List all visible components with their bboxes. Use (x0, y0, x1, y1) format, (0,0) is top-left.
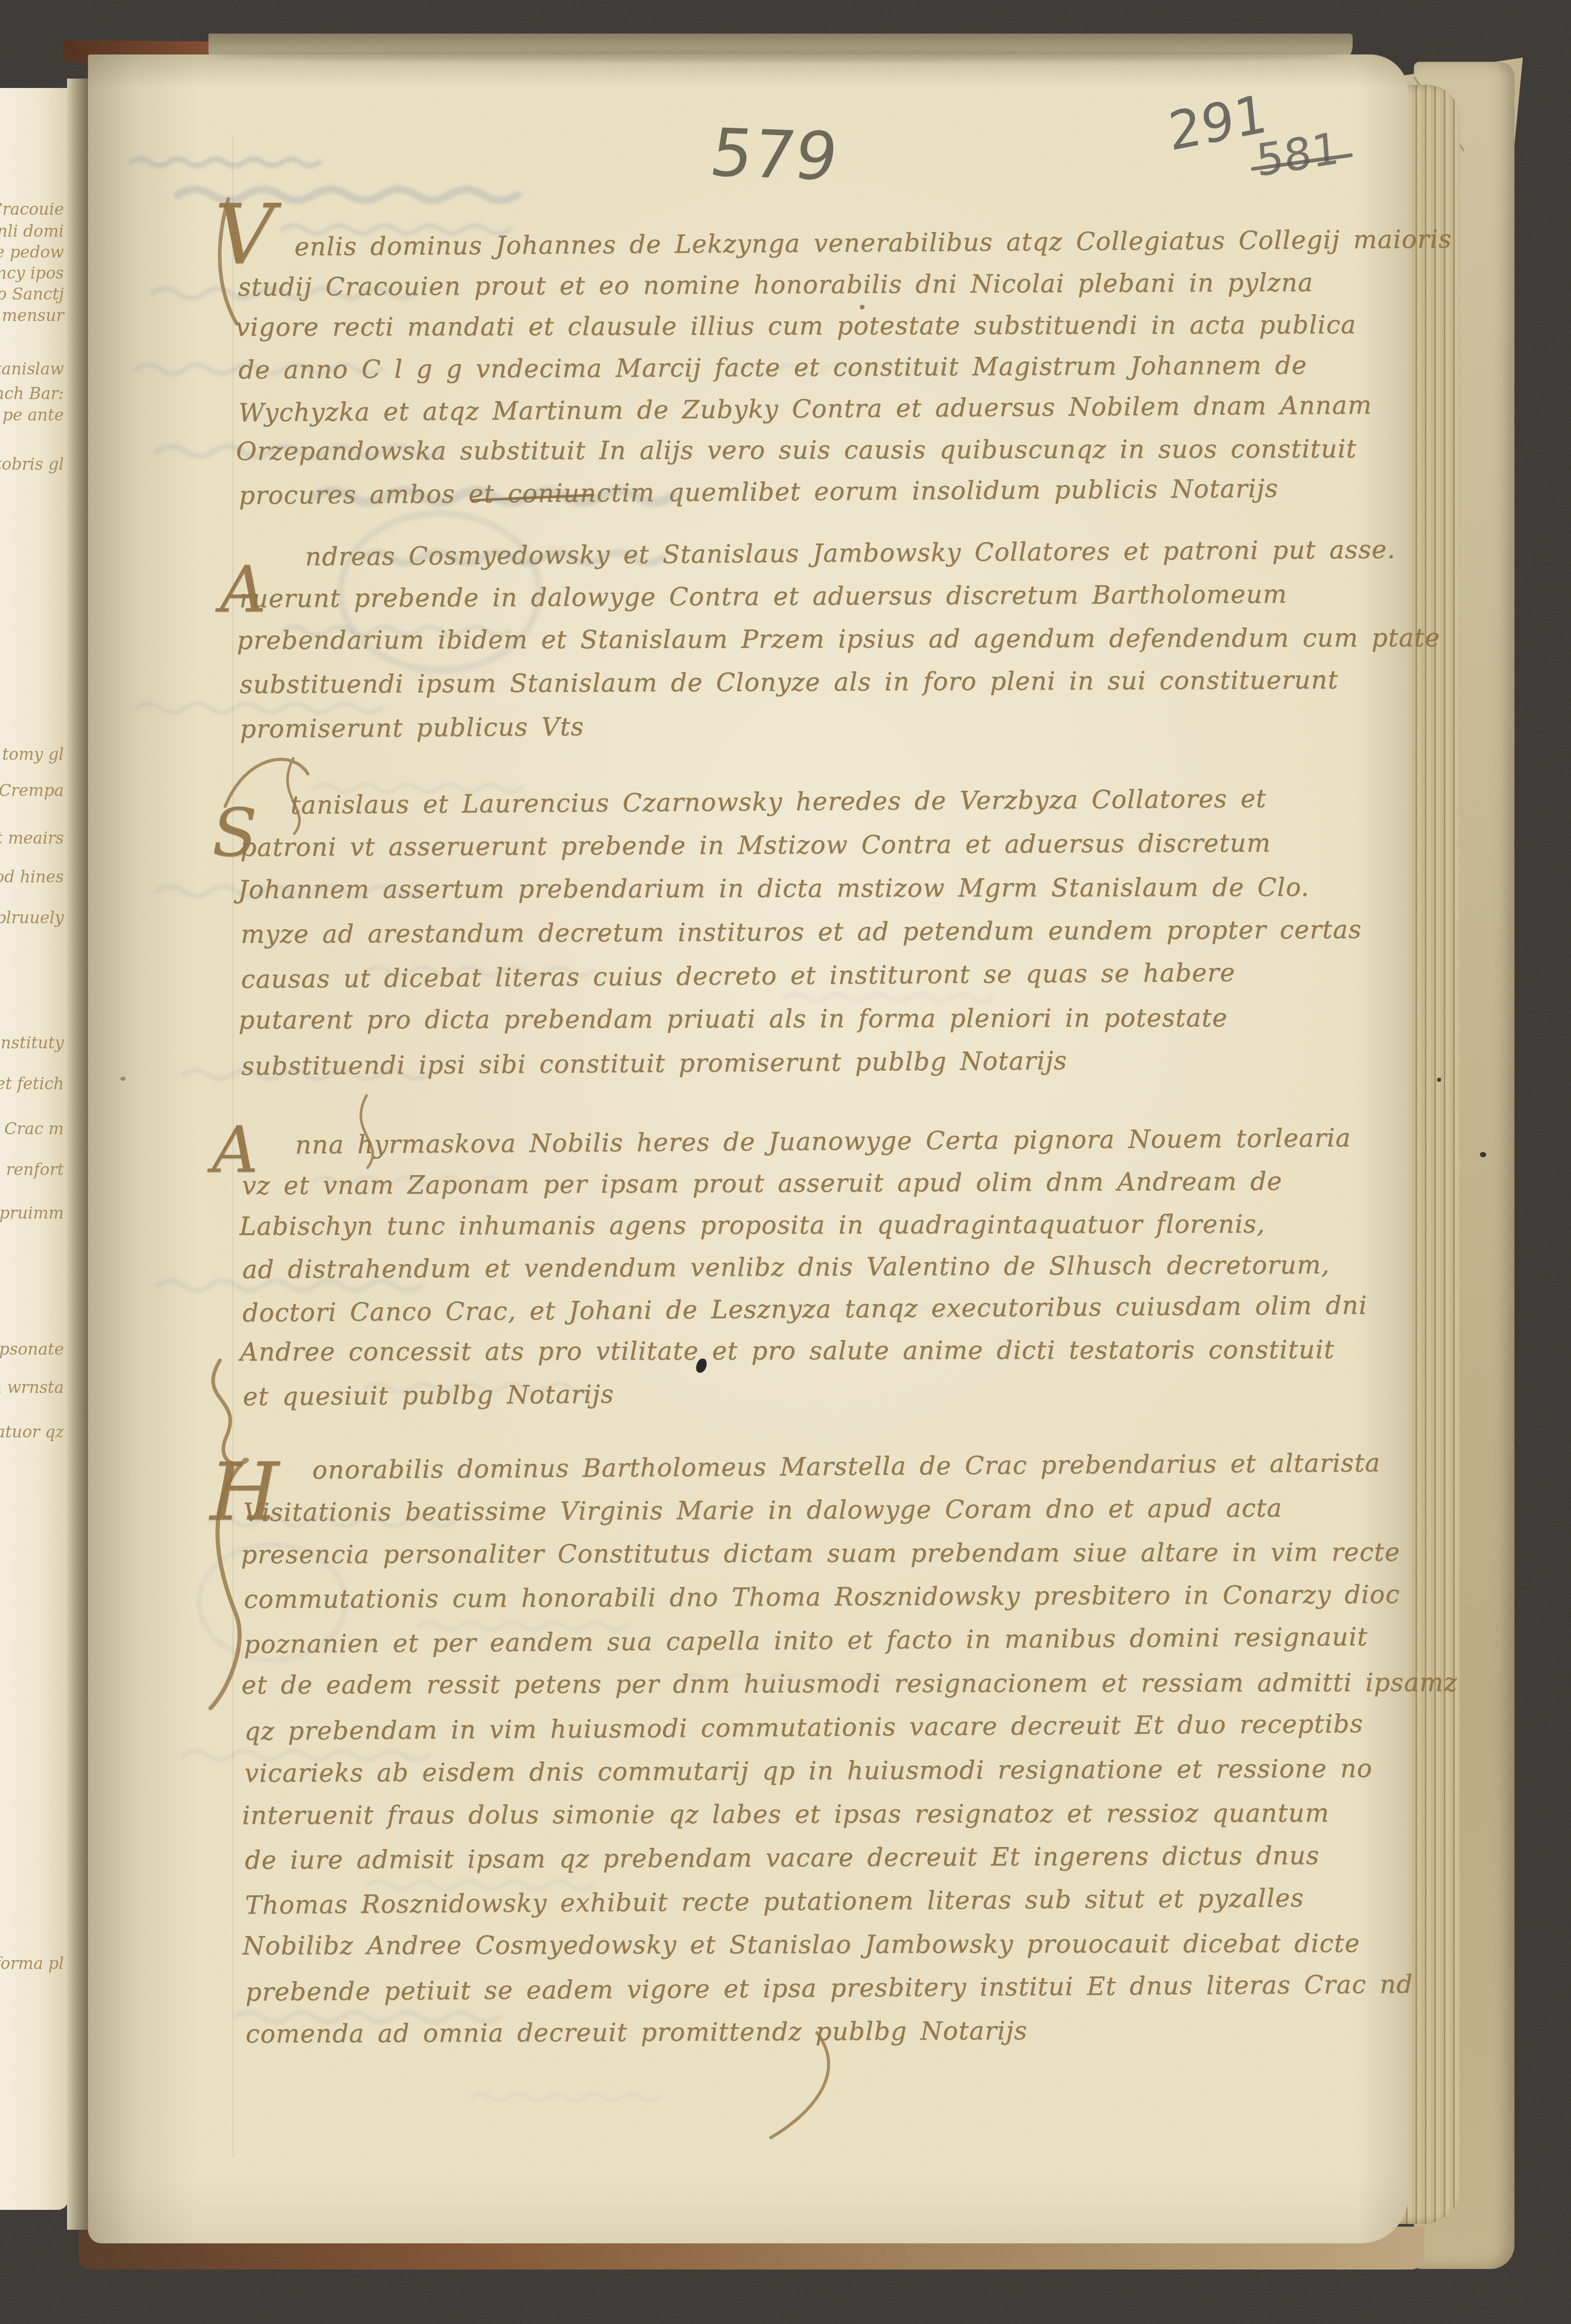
manuscript-line: interuenit fraus dolus simonie qz labes … (242, 1791, 1462, 1838)
initial-letter: H (209, 1445, 279, 1539)
manuscript-line: et quesiuit publbg Notarijs (242, 1368, 1463, 1418)
manuscript-line: tanislaus et Laurencius Czarnowsky hered… (240, 776, 1461, 828)
manuscript-line: putarent pro dicta prebendam priuati als… (238, 996, 1458, 1042)
manuscript-line: myze ad arestandum decretum instituros e… (241, 908, 1461, 956)
manuscript-line: substituendi ipsi sibi constituit promis… (241, 1037, 1462, 1089)
manuscript-line: enlis dominus Johannes de Lekzynga vener… (238, 219, 1458, 269)
manuscript-line: commutationis cum honorabili dno Thoma R… (244, 1573, 1464, 1621)
manuscript-line: vicarieks ab eisdem dnis commutarij qp i… (245, 1746, 1465, 1795)
manuscript-line: substituendi ipsum Stanislaum de Clonyze… (240, 658, 1460, 706)
manuscript-line: Labischyn tunc inhumanis agens proposita… (239, 1203, 1459, 1247)
manuscript-line: comenda ad omnia decreuit promittendz pu… (246, 2007, 1466, 2056)
page-number-ink-center: 579 (705, 114, 843, 195)
manuscript-line: onorabilis dominus Bartholomeus Marstell… (243, 1441, 1464, 1493)
manuscript-line: Visitationis beatissime Virginis Marie i… (243, 1486, 1463, 1534)
manuscript-line: studij Cracouien prout et eo nomine hono… (238, 261, 1458, 308)
manuscript-line: prebendarium ibidem et Stanislaum Przem … (237, 616, 1457, 662)
manuscript-line: poznanien et per eandem sua capella init… (244, 1615, 1464, 1667)
manuscript-line: nna hyrmaskova Nobilis heres de Juanowyg… (241, 1116, 1462, 1167)
manuscript-line: Johannem assertum prebendarium in dicta … (238, 866, 1458, 912)
manuscript-line: doctori Canco Crac, et Johani de Lesznyz… (242, 1284, 1463, 1334)
manuscript-line: qz prebendam in vim huiusmodi commutatio… (244, 1702, 1465, 1754)
paragraph-2: ndreas Cosmyedowsky et Stanislaus Jambow… (239, 529, 1460, 749)
manuscript-line: vigore recti mandati et clausule illius … (236, 304, 1456, 348)
manuscript-line: ndreas Cosmyedowsky et Stanislaus Jambow… (239, 528, 1459, 579)
manuscript-line: Thomas Rosznidowsky exhibuit recte putat… (245, 1876, 1466, 1928)
manuscript-line: Andree concessit ats pro vtilitate et pr… (240, 1329, 1460, 1373)
manuscript-line: promiserunt publicus Vts (240, 700, 1461, 751)
manuscript-line: patroni vt asseruerunt prebende in Mstiz… (240, 821, 1461, 869)
photographed-manuscript-page: ym Cracouie ae honli domi tre meste pedo… (0, 0, 1571, 2324)
initial-letter: A (212, 1112, 258, 1187)
paragraph-1: enlis dominus Johannes de Lekzynga vener… (238, 220, 1459, 515)
manuscript-line: Wychyzka et atqz Martinum de Zubyky Cont… (238, 384, 1458, 434)
manuscript-line: de iure admisit ipsam qz prebendam vacar… (245, 1833, 1465, 1882)
manuscript-line: de anno C l g g vndecima Marcij facte et… (238, 344, 1458, 391)
initial-letter: A (220, 552, 267, 626)
manuscript-line: et de eadem ressit petens per dnm huiusm… (241, 1661, 1462, 1707)
initial-letter: V (215, 186, 275, 283)
paper-speck (120, 1077, 126, 1081)
manuscript-line: ruerunt prebende in dalowyge Contra et a… (239, 572, 1459, 620)
paragraph-4: nna hyrmaskova Nobilis heres de Juanowyg… (241, 1117, 1463, 1416)
manuscript-line: presencia personaliter Constitutus dicta… (241, 1531, 1461, 1577)
paragraph-5: onorabilis dominus Bartholomeus Marstell… (243, 1442, 1466, 2056)
paper-speck (1437, 1078, 1441, 1082)
manuscript-line: procures ambos et coniunctim quemlibet e… (239, 467, 1459, 517)
manuscript-line: Orzepandowska substituit In alijs vero s… (236, 428, 1456, 472)
paper-speck (1480, 1152, 1486, 1157)
manuscript-line: ad distrahendum et vendendum venlibz dni… (242, 1243, 1462, 1290)
manuscript-line: Nobilibz Andree Cosmyedowsky et Stanisla… (242, 1922, 1463, 1968)
paragraph-3: tanislaus et Laurencius Czarnowsky hered… (240, 777, 1462, 1087)
manuscript-line: prebende petiuit se eadem vigore et ipsa… (245, 1963, 1466, 2015)
manuscript-line: vz et vnam Zaponam per ipsam prout asser… (242, 1159, 1462, 1207)
initial-letter: S (212, 794, 258, 871)
manuscript-text-layer: V enlis dominus Johannes de Lekzynga ven… (0, 0, 1571, 2324)
paper-speck (860, 305, 865, 309)
manuscript-line: causas ut dicebat literas cuius decreto … (241, 950, 1462, 1002)
